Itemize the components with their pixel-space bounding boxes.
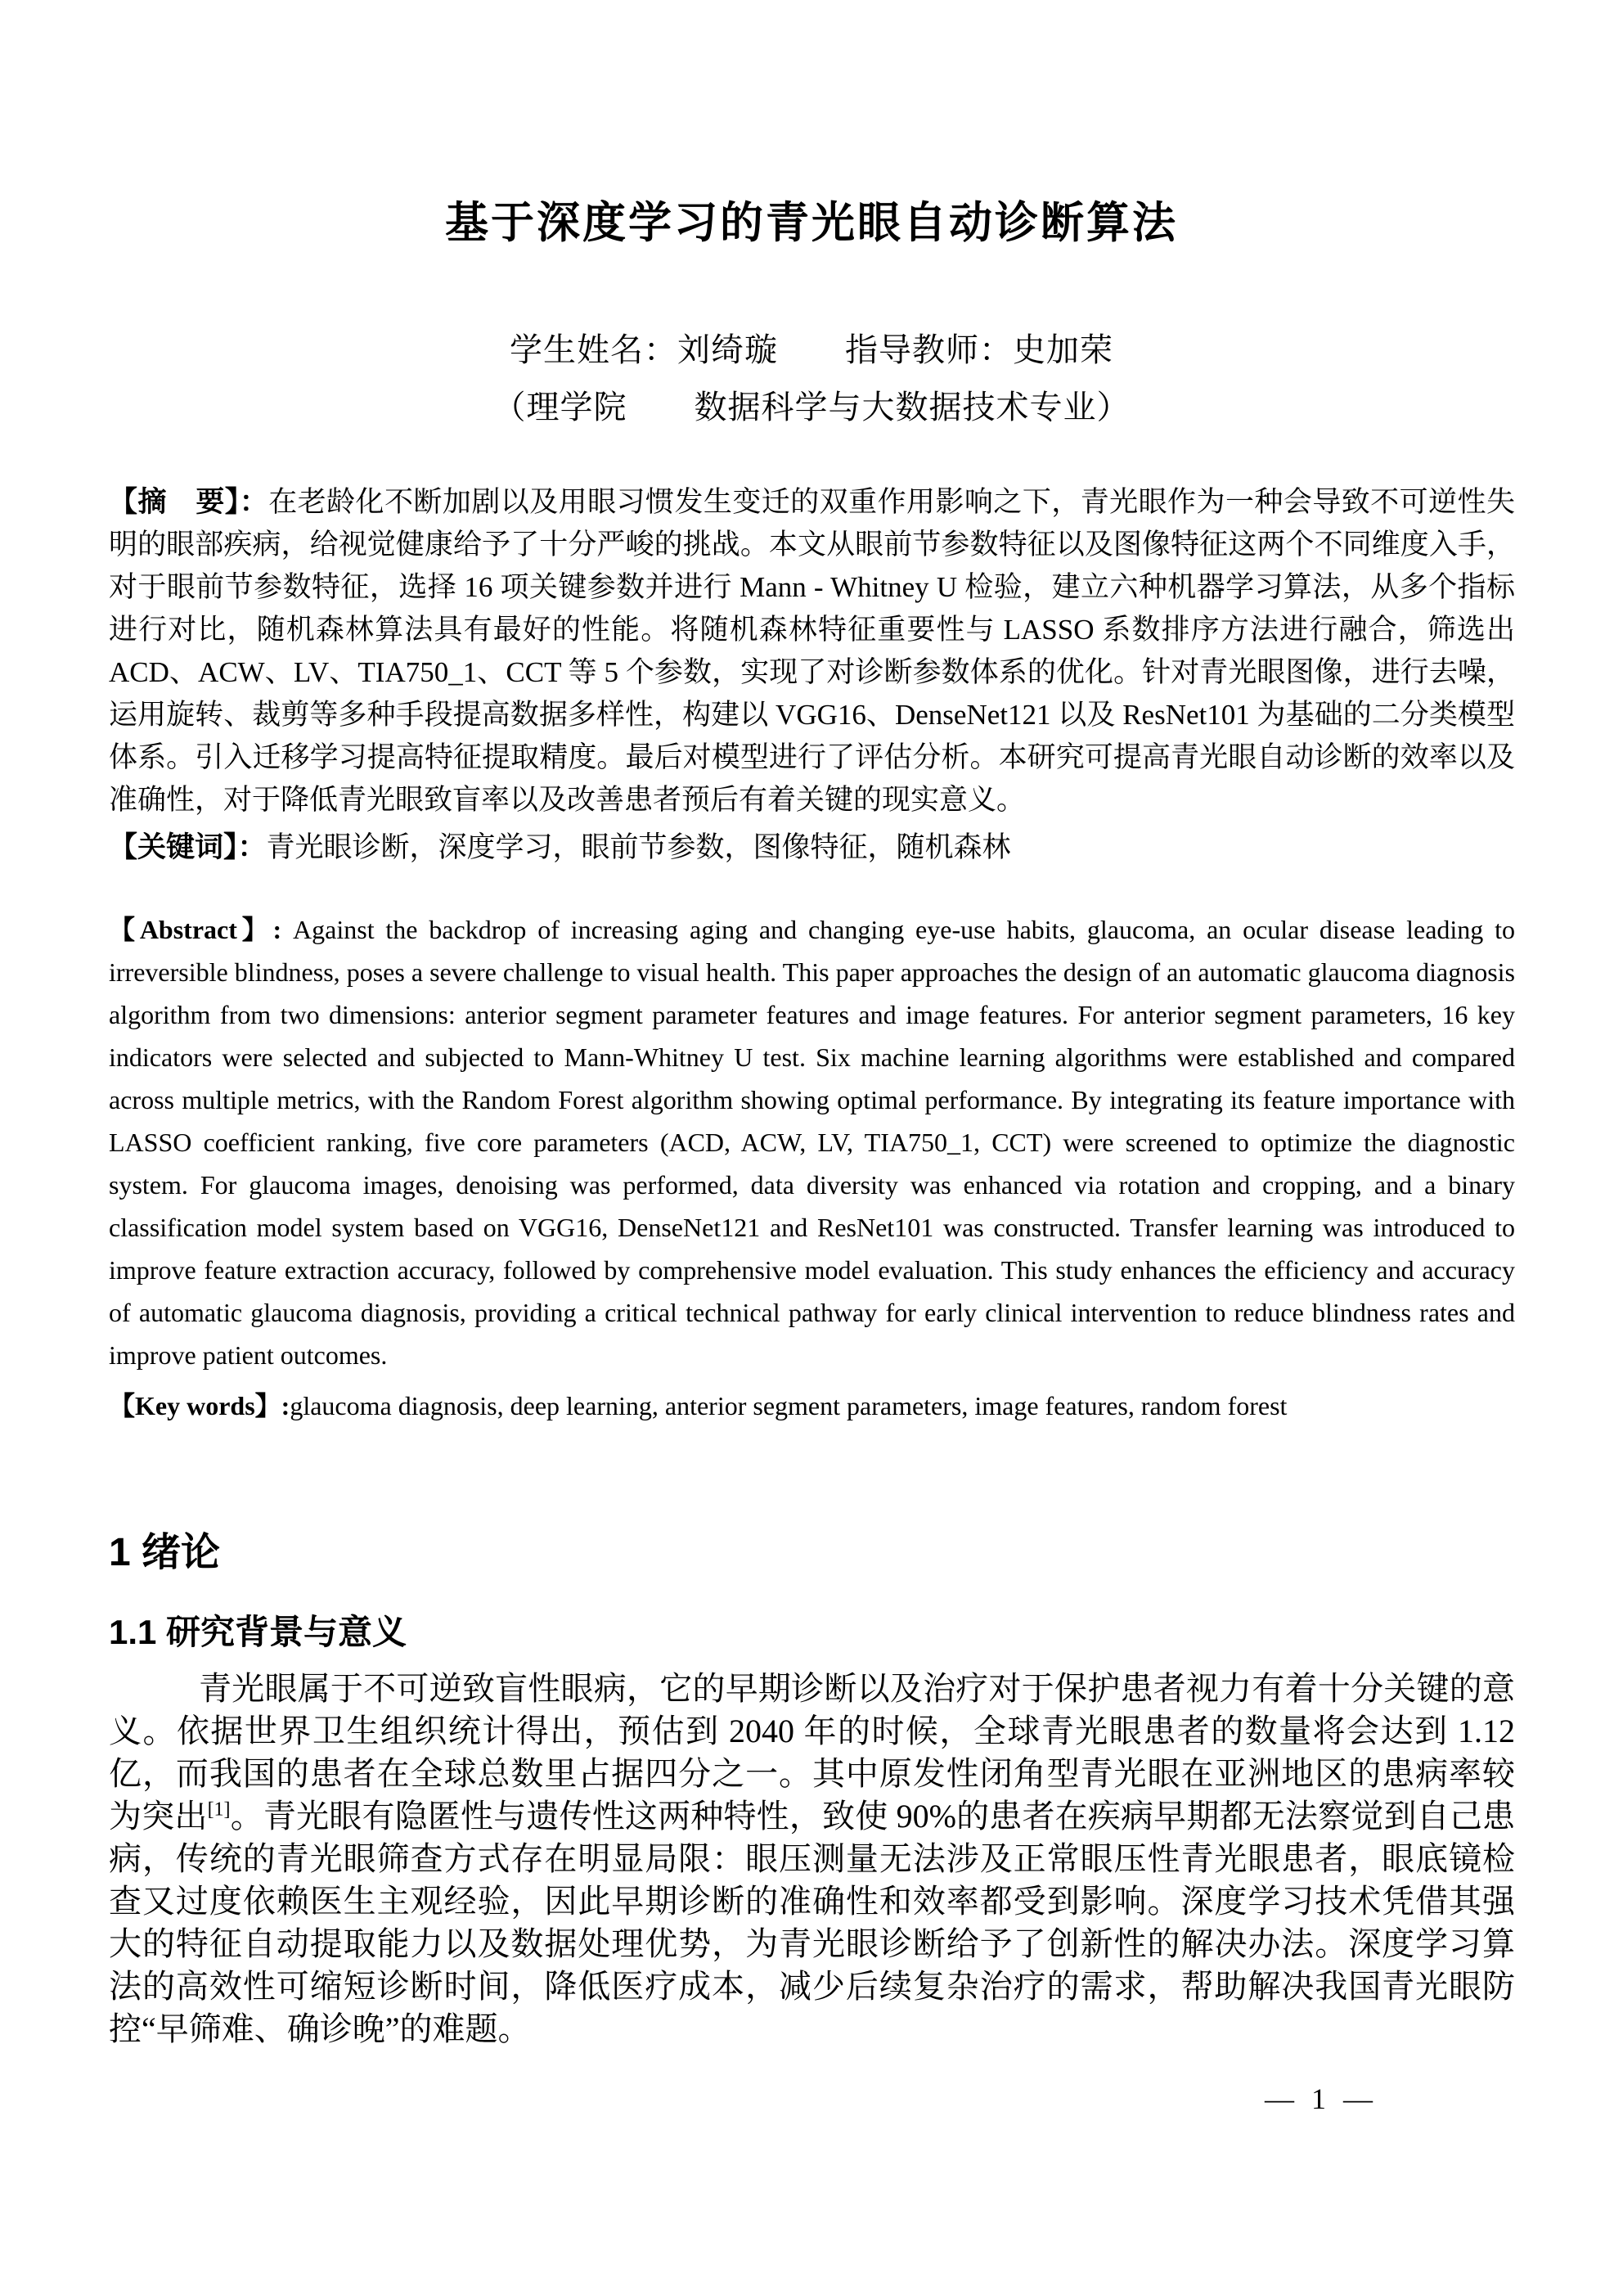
abstract-cn-paragraph: 【摘 要】：在老龄化不断加剧以及用眼习惯发生变迁的双重作用影响之下，青光眼作为一… bbox=[109, 481, 1515, 822]
keywords-cn-line: 【关键词】：青光眼诊断，深度学习，眼前节参数，图像特征，随机森林 bbox=[109, 826, 1515, 869]
document-page: 基于深度学习的青光眼自动诊断算法 学生姓名：刘绮璇 指导教师：史加荣 （理学院 … bbox=[0, 0, 1623, 2296]
page-number: — 1 — bbox=[1190, 2082, 1452, 2116]
page-title: 基于深度学习的青光眼自动诊断算法 bbox=[0, 188, 1623, 250]
keywords-cn-text: 青光眼诊断，深度学习，眼前节参数，图像特征，随机森林 bbox=[267, 831, 1011, 863]
keywords-en-label: 【Key words】: bbox=[109, 1391, 290, 1420]
keywords-en-text: glaucoma diagnosis, deep learning, anter… bbox=[290, 1391, 1287, 1420]
body-text-after-ref: 。青光眼有隐匿性与遗传性这两种特性，致使 90%的患者在疾病早期都无法察觉到自己… bbox=[109, 1798, 1515, 2047]
keywords-cn-label: 【关键词】： bbox=[109, 831, 267, 863]
abstract-en-paragraph: 【Abstract】: Against the backdrop of incr… bbox=[109, 908, 1515, 1376]
abstract-cn-label: 【摘 要】： bbox=[109, 486, 268, 518]
abstract-cn-text: 在老龄化不断加剧以及用眼习惯发生变迁的双重作用影响之下，青光眼作为一种会导致不可… bbox=[109, 486, 1515, 816]
author-line: 学生姓名：刘绮璇 指导教师：史加荣 bbox=[0, 324, 1623, 371]
body-paragraph: 青光眼属于不可逆致盲性眼病，它的早期诊断以及治疗对于保护患者视力有着十分关键的意… bbox=[109, 1668, 1515, 2051]
abstract-en-label: 【Abstract】: bbox=[109, 915, 293, 944]
affiliation-line: （理学院 数据科学与大数据技术专业） bbox=[0, 381, 1623, 428]
subsection-heading-1-1: 1.1 研究背景与意义 bbox=[109, 1605, 407, 1654]
abstract-en-section: 【Abstract】: Against the backdrop of incr… bbox=[109, 908, 1515, 1427]
citation-ref-1: [1] bbox=[208, 1799, 231, 1821]
abstract-cn-section: 【摘 要】：在老龄化不断加剧以及用眼习惯发生变迁的双重作用影响之下，青光眼作为一… bbox=[109, 481, 1515, 869]
abstract-en-text: Against the backdrop of increasing aging… bbox=[109, 915, 1515, 1370]
keywords-en-line: 【Key words】:glaucoma diagnosis, deep lea… bbox=[109, 1384, 1515, 1427]
section-heading-1: 1 绪论 bbox=[109, 1520, 220, 1577]
